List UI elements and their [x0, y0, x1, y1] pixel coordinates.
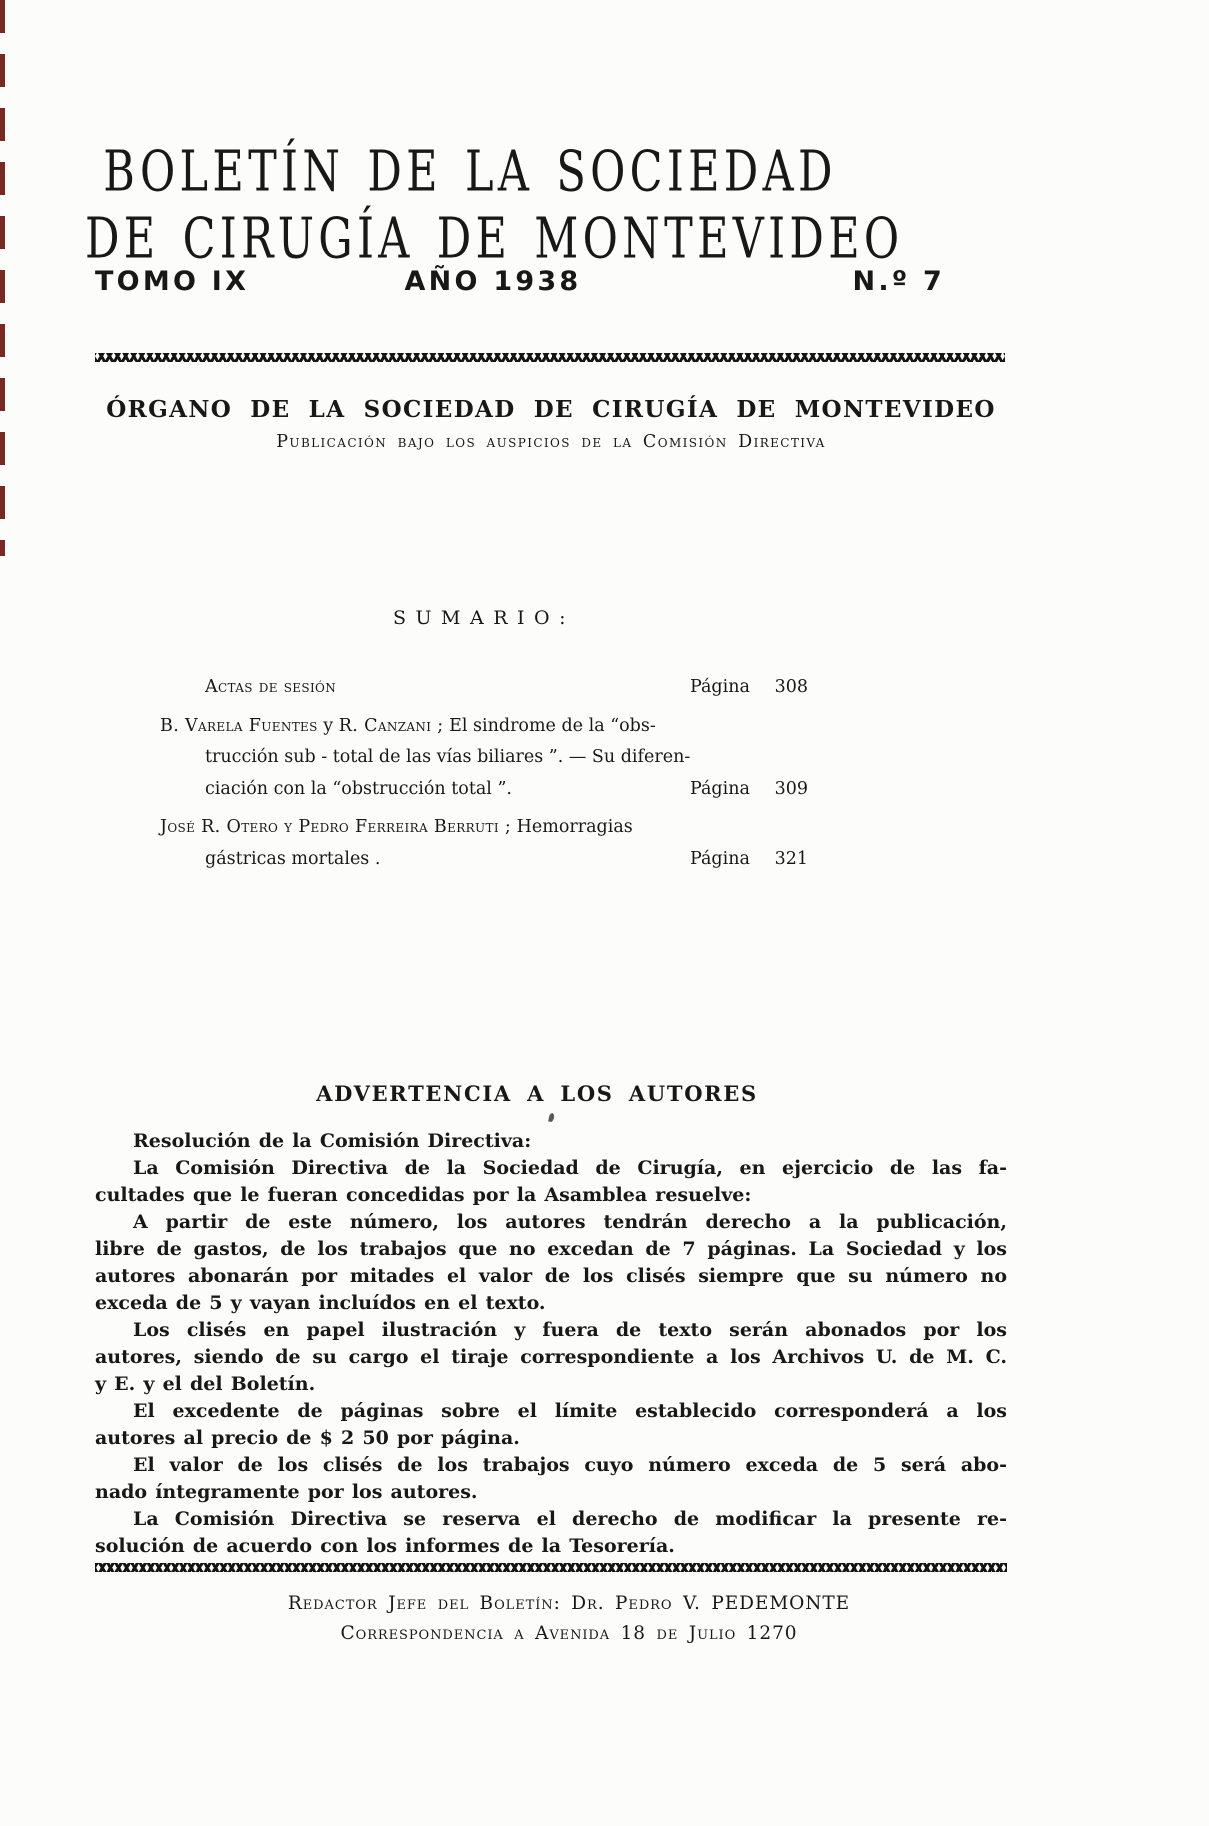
toc-line: B. Varela Fuentes y R. Canzani ; El sind… [160, 711, 808, 743]
toc-author-name: Actas de sesión [205, 677, 336, 697]
toc-title-text: trucción sub - total de las vías biliare… [205, 747, 690, 767]
advertencia-line: La Comisión Directiva de la Sociedad de … [95, 1155, 1007, 1182]
masthead: BOLETÍN DE LA SOCIEDAD DE CIRUGÍA DE MON… [85, 140, 855, 257]
toc-entry-text: gástricas mortales . [160, 844, 690, 876]
toc-title-text: gástricas mortales . [205, 849, 380, 869]
issue-info-row: TOMO IX AÑO 1938 N.º 7 [95, 268, 1007, 296]
page-number: 321 [775, 844, 808, 876]
editor-line: Redactor Jefe del Boletín: Dr. Pedro V. … [113, 1592, 1025, 1615]
year-label: AÑO 1938 [405, 268, 582, 296]
advertencia-line: La Comisión Directiva se reserva el dere… [95, 1506, 1007, 1533]
advertencia-section: ADVERTENCIA A LOS AUTORES Resolución de … [95, 1080, 1007, 1560]
advertencia-line: solución de acuerdo con los informes de … [95, 1533, 1007, 1560]
advertencia-line: Los clisés en papel ilustración y fuera … [95, 1317, 1007, 1344]
toc-title-text: El sindrome de la “obs- [444, 716, 656, 736]
toc-entry-text: José R. Otero y Pedro Ferreira Berruti ;… [160, 812, 808, 844]
advertencia-heading: ADVERTENCIA A LOS AUTORES [81, 1080, 993, 1107]
document-page: BOLETÍN DE LA SOCIEDAD DE CIRUGÍA DE MON… [0, 0, 1209, 1826]
advertencia-line: A partir de este número, los autores ten… [95, 1209, 1007, 1236]
toc-page-ref: Página321 [690, 844, 808, 876]
advertencia-line: libre de gastos, de los trabajos que no … [95, 1236, 1007, 1263]
toc-entry-text: ciación con la “obstrucción total ”. [160, 774, 690, 806]
advertencia-line: El valor de los clisés de los trabajos c… [95, 1452, 1007, 1479]
page-label: Página [690, 844, 750, 876]
toc-entry-text: B. Varela Fuentes y R. Canzani ; El sind… [160, 711, 808, 743]
toc-page-ref: Página309 [690, 774, 808, 806]
decorative-rule-bottom [95, 1563, 1007, 1572]
organ-line: ÓRGANO DE LA SOCIEDAD DE CIRUGÍA DE MONT… [95, 397, 1007, 423]
correspondence-line: Correspondencia a Avenida 18 de Julio 12… [113, 1622, 1025, 1645]
organ-block: ÓRGANO DE LA SOCIEDAD DE CIRUGÍA DE MONT… [95, 397, 1007, 453]
advertencia-line: exceda de 5 y vayan incluídos en el text… [95, 1290, 1007, 1317]
toc-page-ref: Página308 [690, 672, 808, 704]
issue-number-label: N.º 7 [639, 268, 1007, 296]
footer-lines: Redactor Jefe del Boletín: Dr. Pedro V. … [113, 1592, 1025, 1645]
toc-title-text: ciación con la “obstrucción total ”. [205, 779, 512, 799]
sumario-heading: SUMARIO: [160, 606, 808, 630]
toc-author-name: B. Varela Fuentes [160, 716, 318, 736]
page-label: Página [690, 672, 750, 704]
advertencia-line: Resolución de la Comisión Directiva: [95, 1128, 1007, 1155]
toc-entry-text: Actas de sesión [160, 672, 690, 704]
advertencia-line: autores al precio de $ 2 50 por página. [95, 1425, 1007, 1452]
advertencia-line: El excedente de páginas sobre el límite … [95, 1398, 1007, 1425]
advertencia-line: nado íntegramente por los autores. [95, 1479, 1007, 1506]
scan-edge-artifact [0, 0, 5, 556]
page-number: 309 [775, 774, 808, 806]
toc-line: trucción sub - total de las vías biliare… [160, 742, 808, 774]
toc-line: gástricas mortales .Página321 [160, 844, 808, 876]
journal-title-line2: DE CIRUGÍA DE MONTEVIDEO [85, 207, 855, 272]
page-number: 308 [775, 672, 808, 704]
advertencia-body: Resolución de la Comisión Directiva:La C… [95, 1128, 1007, 1560]
toc-entry-text: trucción sub - total de las vías biliare… [160, 742, 808, 774]
ink-mark [548, 1113, 555, 1123]
toc-author-name: José R. Otero y Pedro Ferreira Berruti ; [160, 817, 511, 837]
journal-title-line1: BOLETÍN DE LA SOCIEDAD [85, 140, 855, 205]
toc-title-text: Hemorragias [511, 817, 633, 837]
decorative-rule-top [95, 353, 1005, 362]
advertencia-line: autores, siendo de su cargo el tiraje co… [95, 1344, 1007, 1371]
toc-title-text: y [318, 716, 339, 736]
toc-line: Actas de sesiónPágina308 [160, 672, 808, 704]
auspices-line: Publicación bajo los auspicios de la Com… [95, 431, 1007, 453]
advertencia-line: autores abonarán por mitades el valor de… [95, 1263, 1007, 1290]
toc-line: ciación con la “obstrucción total ”.Pági… [160, 774, 808, 806]
advertencia-line: y E. y el del Boletín. [95, 1371, 1007, 1398]
sumario-section: SUMARIO: Actas de sesiónPágina308B. Vare… [160, 606, 808, 875]
page-label: Página [690, 774, 750, 806]
toc-author-name: R. Canzani ; [339, 716, 444, 736]
toc-line: José R. Otero y Pedro Ferreira Berruti ;… [160, 812, 808, 844]
page-footer: Redactor Jefe del Boletín: Dr. Pedro V. … [95, 1563, 1007, 1645]
advertencia-line: cultades que le fueran concedidas por la… [95, 1182, 1007, 1209]
table-of-contents: Actas de sesiónPágina308B. Varela Fuente… [160, 672, 808, 875]
